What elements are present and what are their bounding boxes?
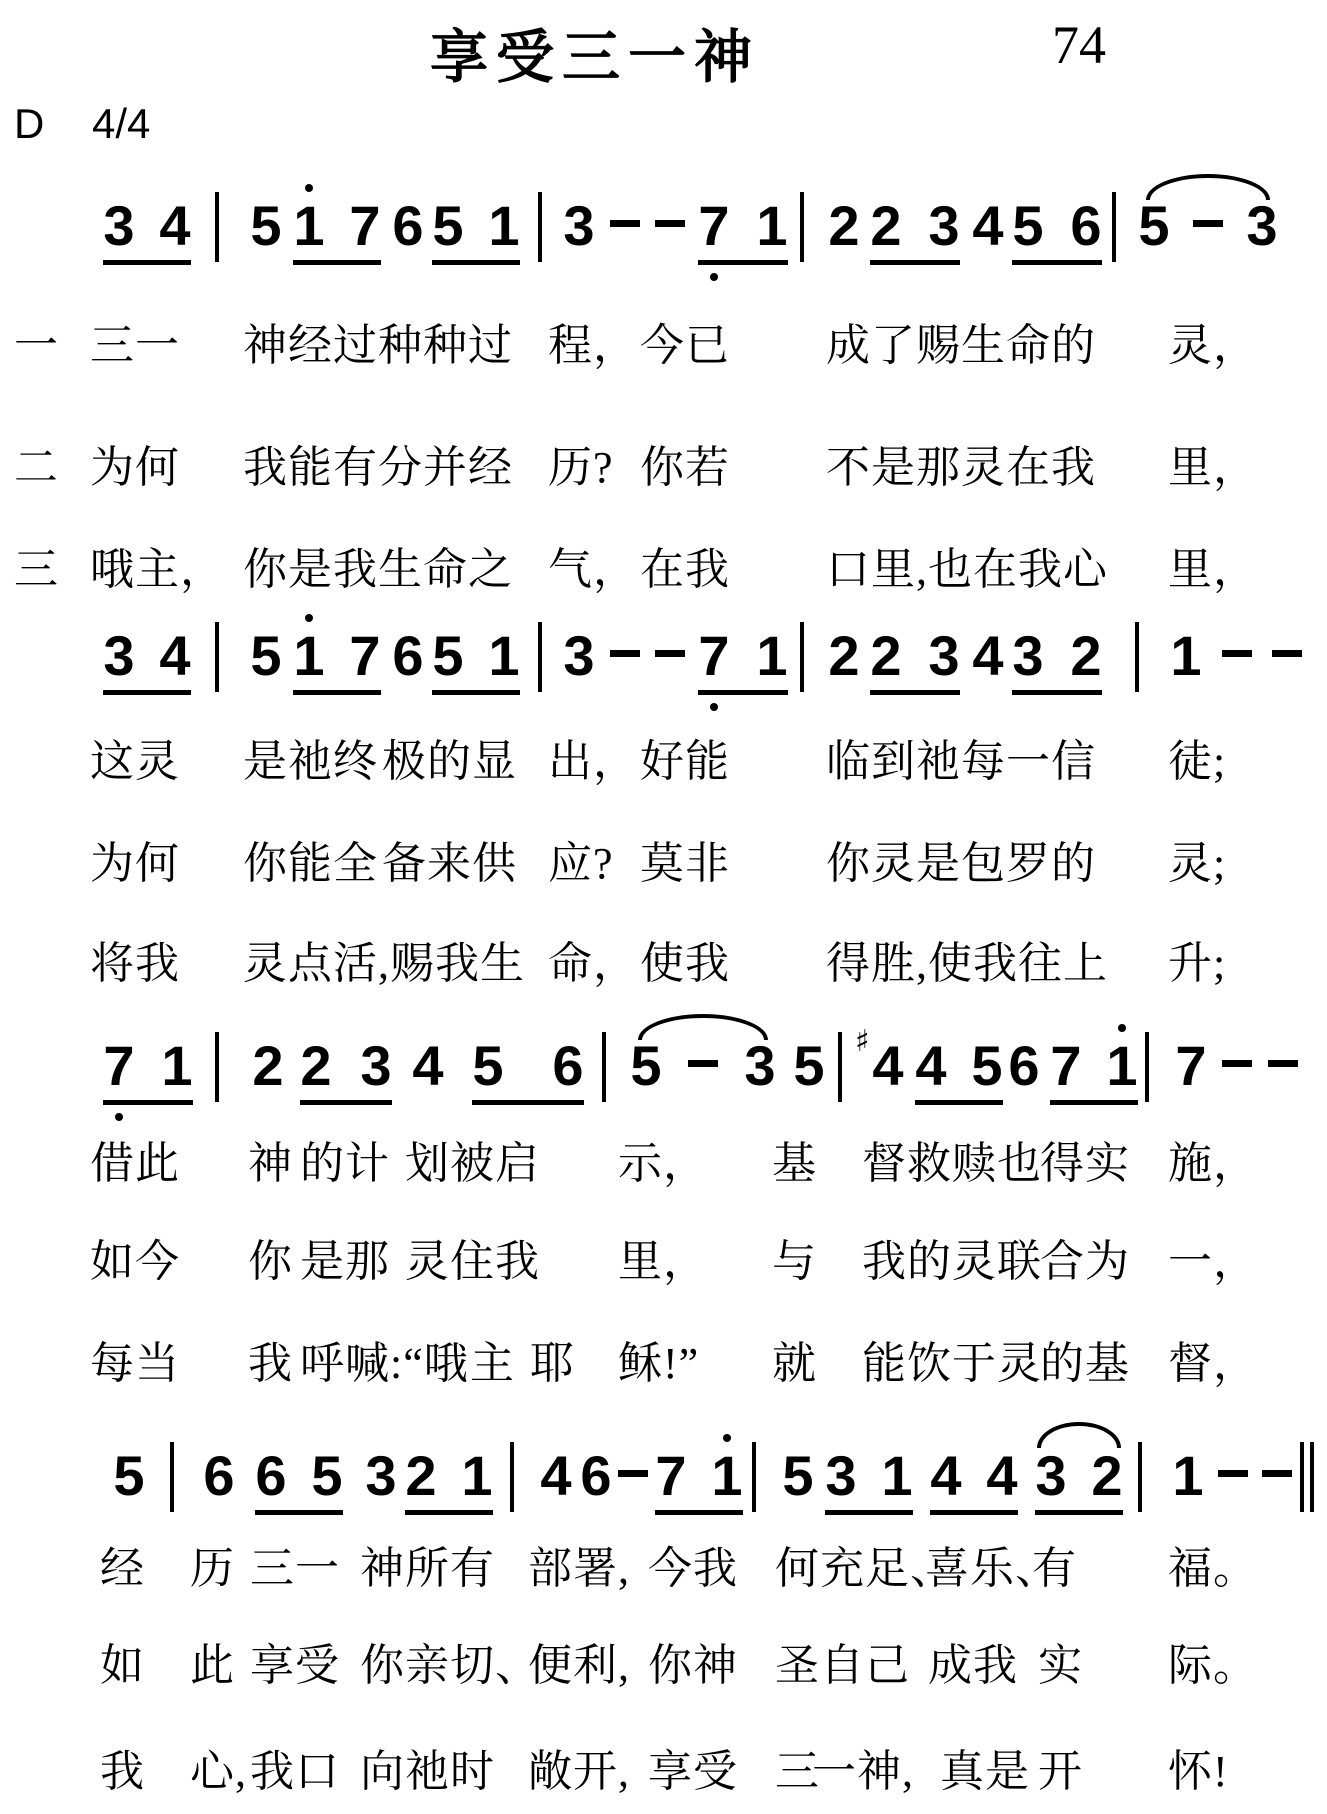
music-line: 345176513712234321 [0,628,1327,692]
beam-group: 71 [103,1038,193,1105]
music-note: 4 [986,1448,1018,1504]
lyric-segment: 得胜,使我往上 [826,940,1108,988]
music-note: 2 [870,198,902,254]
music-note: 1 [756,198,788,254]
lyric-segment: 经 [100,1545,145,1593]
music-note: 1 [161,1038,193,1094]
music-note: 3 [1035,1448,1067,1504]
music-note: 4 [540,1448,572,1504]
lyric-segment: 如 [100,1642,145,1690]
beam-group: 71 [1050,1038,1138,1105]
music-note: 4♯ [872,1038,904,1094]
music-note: 7 [349,198,381,254]
end-bar-line [1300,1442,1314,1512]
lyric-segment: 怀! [1168,1748,1229,1796]
lyric-segment: 命， [548,940,638,988]
music-note: 3 [1012,628,1044,684]
lyric-segment: 历? [548,444,614,492]
music-note: 4 [930,1448,962,1504]
lyric-segment: 今已 [640,322,730,370]
lyric-segment: 程， [548,322,638,370]
bar-line [510,1442,514,1512]
lyric-segment: 使我 [640,940,730,988]
lyric-segment: 一神, [812,1748,914,1796]
lyric-segment: 福。 [1168,1545,1258,1593]
music-line: 712234565354♯456717 [0,1038,1327,1102]
lyric-segment: 好能 [640,738,730,786]
music-note: 1 [756,628,788,684]
music-note: 3 [103,628,135,684]
music-note: 5 [1012,198,1044,254]
lyric-segment: 灵住我 [405,1238,540,1286]
lyric-segment: 你能全 [243,840,378,888]
music-note: 4 [159,198,191,254]
beam-group: 31 [825,1448,913,1515]
music-note: 5 [793,1038,825,1094]
lyric-segment: 耶 [530,1340,575,1388]
beam-group: 51 [432,628,520,695]
beam-group: 65 [255,1448,343,1515]
bar-line [1112,192,1116,262]
lyric-row: 三哦主，你是我生命之气，在我口里,也在我心里， [0,546,1327,598]
lyric-segment: 与 [772,1238,817,1286]
lyric-segment: 向祂时 [360,1748,495,1796]
lyric-row: 经历三一神所有部署,今我何充足、喜乐、有福。 [0,1545,1327,1597]
lyric-segment: 就 [772,1340,817,1388]
bar-line [1138,1442,1142,1512]
lyric-segment: 有 [1032,1545,1077,1593]
bar-line [752,1442,756,1512]
lyric-segment: 三一 [250,1545,340,1593]
octave-dot-icon [723,1434,731,1442]
music-note: 2 [300,1038,332,1094]
lyric-row: 二为何我能有分并经历?你若不是那灵在我里， [0,444,1327,496]
dash-note [655,650,685,657]
lyric-segment: 我能有分并经 [243,444,513,492]
lyric-segment: 施， [1168,1140,1258,1188]
lyric-segment: 部署, [528,1545,630,1593]
bar-line [215,192,219,262]
lyric-segment: 里， [1168,444,1258,492]
lyric-segment: 一， [1168,1238,1258,1286]
lyric-segment: 此 [190,1642,235,1690]
dash-note [1262,1470,1292,1477]
dash-note [1268,1060,1298,1067]
dash-note [1272,650,1302,657]
bar-line [1145,1032,1149,1102]
bar-line [800,192,804,262]
music-note: 1 [711,1448,743,1504]
dash-note [655,220,685,227]
lyric-segment: 是祂终 [243,738,378,786]
lyric-segment: 神 [248,1140,293,1188]
music-note: 3 [563,628,595,684]
bar-line [838,1032,842,1102]
bar-line [215,622,219,692]
lyric-segment: 神经过种种过 [243,322,513,370]
lyric-segment: 你灵是包罗的 [826,840,1096,888]
bar-line [538,622,542,692]
lyric-segment: 你若 [640,444,730,492]
lyric-segment: 借此 [90,1140,180,1188]
lyric-row: 如今你是那灵住我里，与我的灵联合为一， [0,1238,1327,1290]
dash-note [1222,650,1252,657]
beam-group: 34 [103,198,191,265]
bar-line [538,192,542,262]
dash-note [1222,1060,1252,1067]
lyric-row: 每当我呼喊:“哦主耶稣!”就能饮于灵的基督， [0,1340,1327,1392]
beam-group: 17 [293,628,381,695]
lyric-row: 将我灵点活,赐我生命，使我得胜,使我往上升; [0,940,1327,992]
music-note: 3 [928,198,960,254]
octave-dot-icon [710,273,718,281]
verse-number: 二 [14,444,59,492]
beam-group: 71 [698,198,788,265]
beam-group: 71 [655,1448,743,1515]
beam-group: 34 [103,628,191,695]
music-note: 2 [1091,1448,1123,1504]
music-note: 1 [881,1448,913,1504]
lyric-segment: 今我 [648,1545,738,1593]
beam-group: 32 [1035,1448,1123,1515]
music-note: 1 [293,198,325,254]
music-note: 6 [203,1448,235,1504]
verse-number: 一 [14,322,59,370]
music-note: 5 [113,1448,145,1504]
tie-group: 53 [1138,198,1278,254]
lyric-segment: 实 [1038,1642,1083,1690]
lyric-segment: 我的灵联 [862,1238,1042,1286]
hymn-sheet-page: 享受三一神 74 D 4/4 3451765137122345653345176… [0,0,1327,1814]
lyric-segment: 不是那灵在我 [826,444,1096,492]
beam-group: 23 [300,1038,392,1105]
tie-arc [1146,174,1270,200]
music-note: 2 [828,628,860,684]
lyric-segment: 历 [190,1545,235,1593]
music-note: 3 [928,628,960,684]
beam-group: 56 [472,1038,584,1105]
lyric-segment: 为何 [90,444,180,492]
lyric-segment: 真是 [940,1748,1030,1796]
lyric-segment: 示， [618,1140,708,1188]
music-note: 3 [365,1448,397,1504]
beam-group: 32 [1012,628,1102,695]
lyric-segment: 心, [190,1748,247,1796]
music-line: 5665321467153144321 [0,1448,1327,1512]
music-note: 7 [698,628,730,684]
music-note: 3 [825,1448,857,1504]
lyric-segment: 里， [1168,546,1258,594]
music-note: 7 [698,198,730,254]
music-note: 5 [782,1448,814,1504]
lyric-segment: 成我 [928,1642,1018,1690]
dash-note [1218,1470,1248,1477]
music-note: 6 [392,628,424,684]
lyric-segment: 莫非 [640,840,730,888]
lyric-segment: 督， [1168,1340,1258,1388]
beam-group: 23 [870,198,960,265]
tie-arc [1037,1422,1121,1448]
music-note: 5 [630,1038,662,1094]
lyric-segment: 口里,也在我心 [826,546,1108,594]
beam-group: 23 [870,628,960,695]
octave-dot-icon [305,614,313,622]
music-note: 2 [252,1038,284,1094]
music-note: 1 [1170,628,1202,684]
music-note: 5 [971,1038,1003,1094]
music-note: 1 [293,628,325,684]
lyric-segment: 灵; [1168,840,1226,888]
tie-group: 53 [630,1038,776,1094]
lyric-segment: 每当 [90,1340,180,1388]
lyric-row: 借此神的计划被启示，基督救赎也得实施， [0,1140,1327,1192]
music-note: 3 [360,1038,392,1094]
bar-line [602,1032,606,1102]
music-note: 3 [1246,198,1278,254]
lyric-segment: 灵， [1168,322,1258,370]
beam-group: 56 [1012,198,1102,265]
music-note: 6 [255,1448,287,1504]
lyric-segment: 得实 [1040,1140,1130,1188]
lyric-segment: 如今 [90,1238,180,1286]
lyric-row: 为何你能全备来供应?莫非你灵是包罗的灵; [0,840,1327,892]
music-note: 5 [250,628,282,684]
music-note: 4 [412,1038,444,1094]
time-signature: 4/4 [92,100,150,148]
lyric-segment: 你神 [648,1642,738,1690]
lyric-segment: 应? [548,840,614,888]
lyric-segment: 享受 [648,1748,738,1796]
lyric-segment: 基 [772,1140,817,1188]
beam-group: 71 [698,628,788,695]
lyric-segment: 主 [470,1340,515,1388]
music-note: 5 [311,1448,343,1504]
lyric-segment: 合为 [1040,1238,1130,1286]
music-note: 3 [563,198,595,254]
lyric-segment: 在我 [640,546,730,594]
music-note: 2 [870,628,902,684]
lyric-segment: 开 [1038,1748,1083,1796]
lyric-segment: 气， [548,546,638,594]
music-note: 3 [744,1038,776,1094]
beam-group: 45 [915,1038,1003,1105]
music-note: 1 [1172,1448,1204,1504]
music-note: 5 [472,1038,504,1094]
lyric-segment: 督救赎也 [862,1140,1042,1188]
octave-dot-icon [1118,1024,1126,1032]
music-note: 5 [432,628,464,684]
music-note: 2 [1070,628,1102,684]
music-note: 6 [392,198,424,254]
music-note: 6 [1070,198,1102,254]
music-note: 4 [915,1038,947,1094]
music-note: 6 [552,1038,584,1094]
lyric-segment: 际。 [1168,1642,1258,1690]
lyric-row: 如此享受你亲切、便利,你神圣自己成我实际。 [0,1642,1327,1694]
music-note: 7 [1050,1038,1082,1094]
lyric-segment: 三一 [90,322,180,370]
lyric-segment: 里， [618,1238,708,1286]
lyric-segment: 临到祂每一信 [826,738,1096,786]
music-note: 6 [1008,1038,1040,1094]
music-note: 5 [1138,198,1170,254]
music-note: 3 [103,198,135,254]
bar-line [170,1442,174,1512]
lyric-segment: 成了赐生命的 [826,322,1096,370]
music-note: 6 [580,1448,612,1504]
lyric-segment: 稣!” [618,1340,699,1388]
dash-note [688,1060,718,1067]
lyric-segment: 何 [775,1545,820,1593]
lyric-row: 一三一神经过种种过程，今已成了赐生命的灵， [0,322,1327,374]
octave-dot-icon [115,1113,123,1121]
music-note: 2 [828,198,860,254]
bar-line [800,622,804,692]
beam-group: 44 [930,1448,1018,1515]
beam-group: 17 [293,198,381,265]
dash-note [1193,220,1223,227]
dash-note [610,220,640,227]
lyric-row: 这灵是祂终极的显出，好能临到祂每一信徒; [0,738,1327,790]
music-note: 7 [349,628,381,684]
lyric-segment: 能饮于灵 [862,1340,1042,1388]
bar-line [215,1032,219,1102]
lyric-segment: 将我 [90,940,180,988]
beam-group: 21 [405,1448,493,1515]
lyric-segment: 灵点活,赐我生 [243,940,525,988]
music-note: 5 [432,198,464,254]
lyric-segment: 呼喊:“哦 [300,1340,469,1388]
lyric-segment: 升; [1168,940,1226,988]
lyric-segment: 极的显 [382,738,517,786]
music-note: 4 [159,628,191,684]
sharp-icon: ♯ [855,1024,870,1059]
music-note: 5 [250,198,282,254]
beam-group: 51 [432,198,520,265]
music-note: 1 [461,1448,493,1504]
octave-dot-icon [305,184,313,192]
lyric-segment: 你 [248,1238,293,1286]
music-note: 7 [103,1038,135,1094]
lyric-segment: 划被启 [405,1140,540,1188]
verse-number: 三 [14,546,59,594]
lyric-segment: 我 [100,1748,145,1796]
key-signature: D [14,100,44,148]
music-note: 4 [972,198,1004,254]
tie-arc [638,1014,768,1040]
lyric-segment: 便利, [528,1642,630,1690]
lyric-segment: 享受 [250,1642,340,1690]
music-note: 7 [655,1448,687,1504]
music-note: 2 [405,1448,437,1504]
hymn-title: 享受三一神 [430,10,760,94]
lyric-segment: 自己 [820,1642,910,1690]
lyric-segment: 这灵 [90,738,180,786]
lyric-segment: 圣 [775,1642,820,1690]
lyric-segment: 的计 [300,1140,390,1188]
lyric-segment: 神所有 [360,1545,495,1593]
lyric-segment: 是那 [300,1238,390,1286]
lyric-segment: 哦主， [90,546,225,594]
music-note: 7 [1175,1038,1207,1094]
bar-line [1135,622,1139,692]
lyric-segment: 备来供 [382,840,517,888]
lyric-row: 我心,我口向祂时敞开,享受三一神,真是开怀! [0,1748,1327,1800]
music-note: 1 [1106,1038,1138,1094]
lyric-segment: 我 [248,1340,293,1388]
lyric-segment: 的基 [1040,1340,1130,1388]
lyric-segment: 你是我生命之 [243,546,513,594]
lyric-segment: 为何 [90,840,180,888]
music-line: 3451765137122345653 [0,198,1327,262]
hymn-number: 74 [1052,14,1106,76]
lyric-segment: 我口 [250,1748,340,1796]
lyric-segment: 你亲切、 [360,1642,540,1690]
lyric-segment: 敞开, [528,1748,630,1796]
octave-dot-icon [710,703,718,711]
lyric-segment: 徒; [1168,738,1226,786]
music-note: 1 [488,628,520,684]
lyric-segment: 出， [548,738,638,786]
dash-note [618,1470,648,1477]
dash-note [610,650,640,657]
music-note: 1 [488,198,520,254]
music-note: 4 [972,628,1004,684]
